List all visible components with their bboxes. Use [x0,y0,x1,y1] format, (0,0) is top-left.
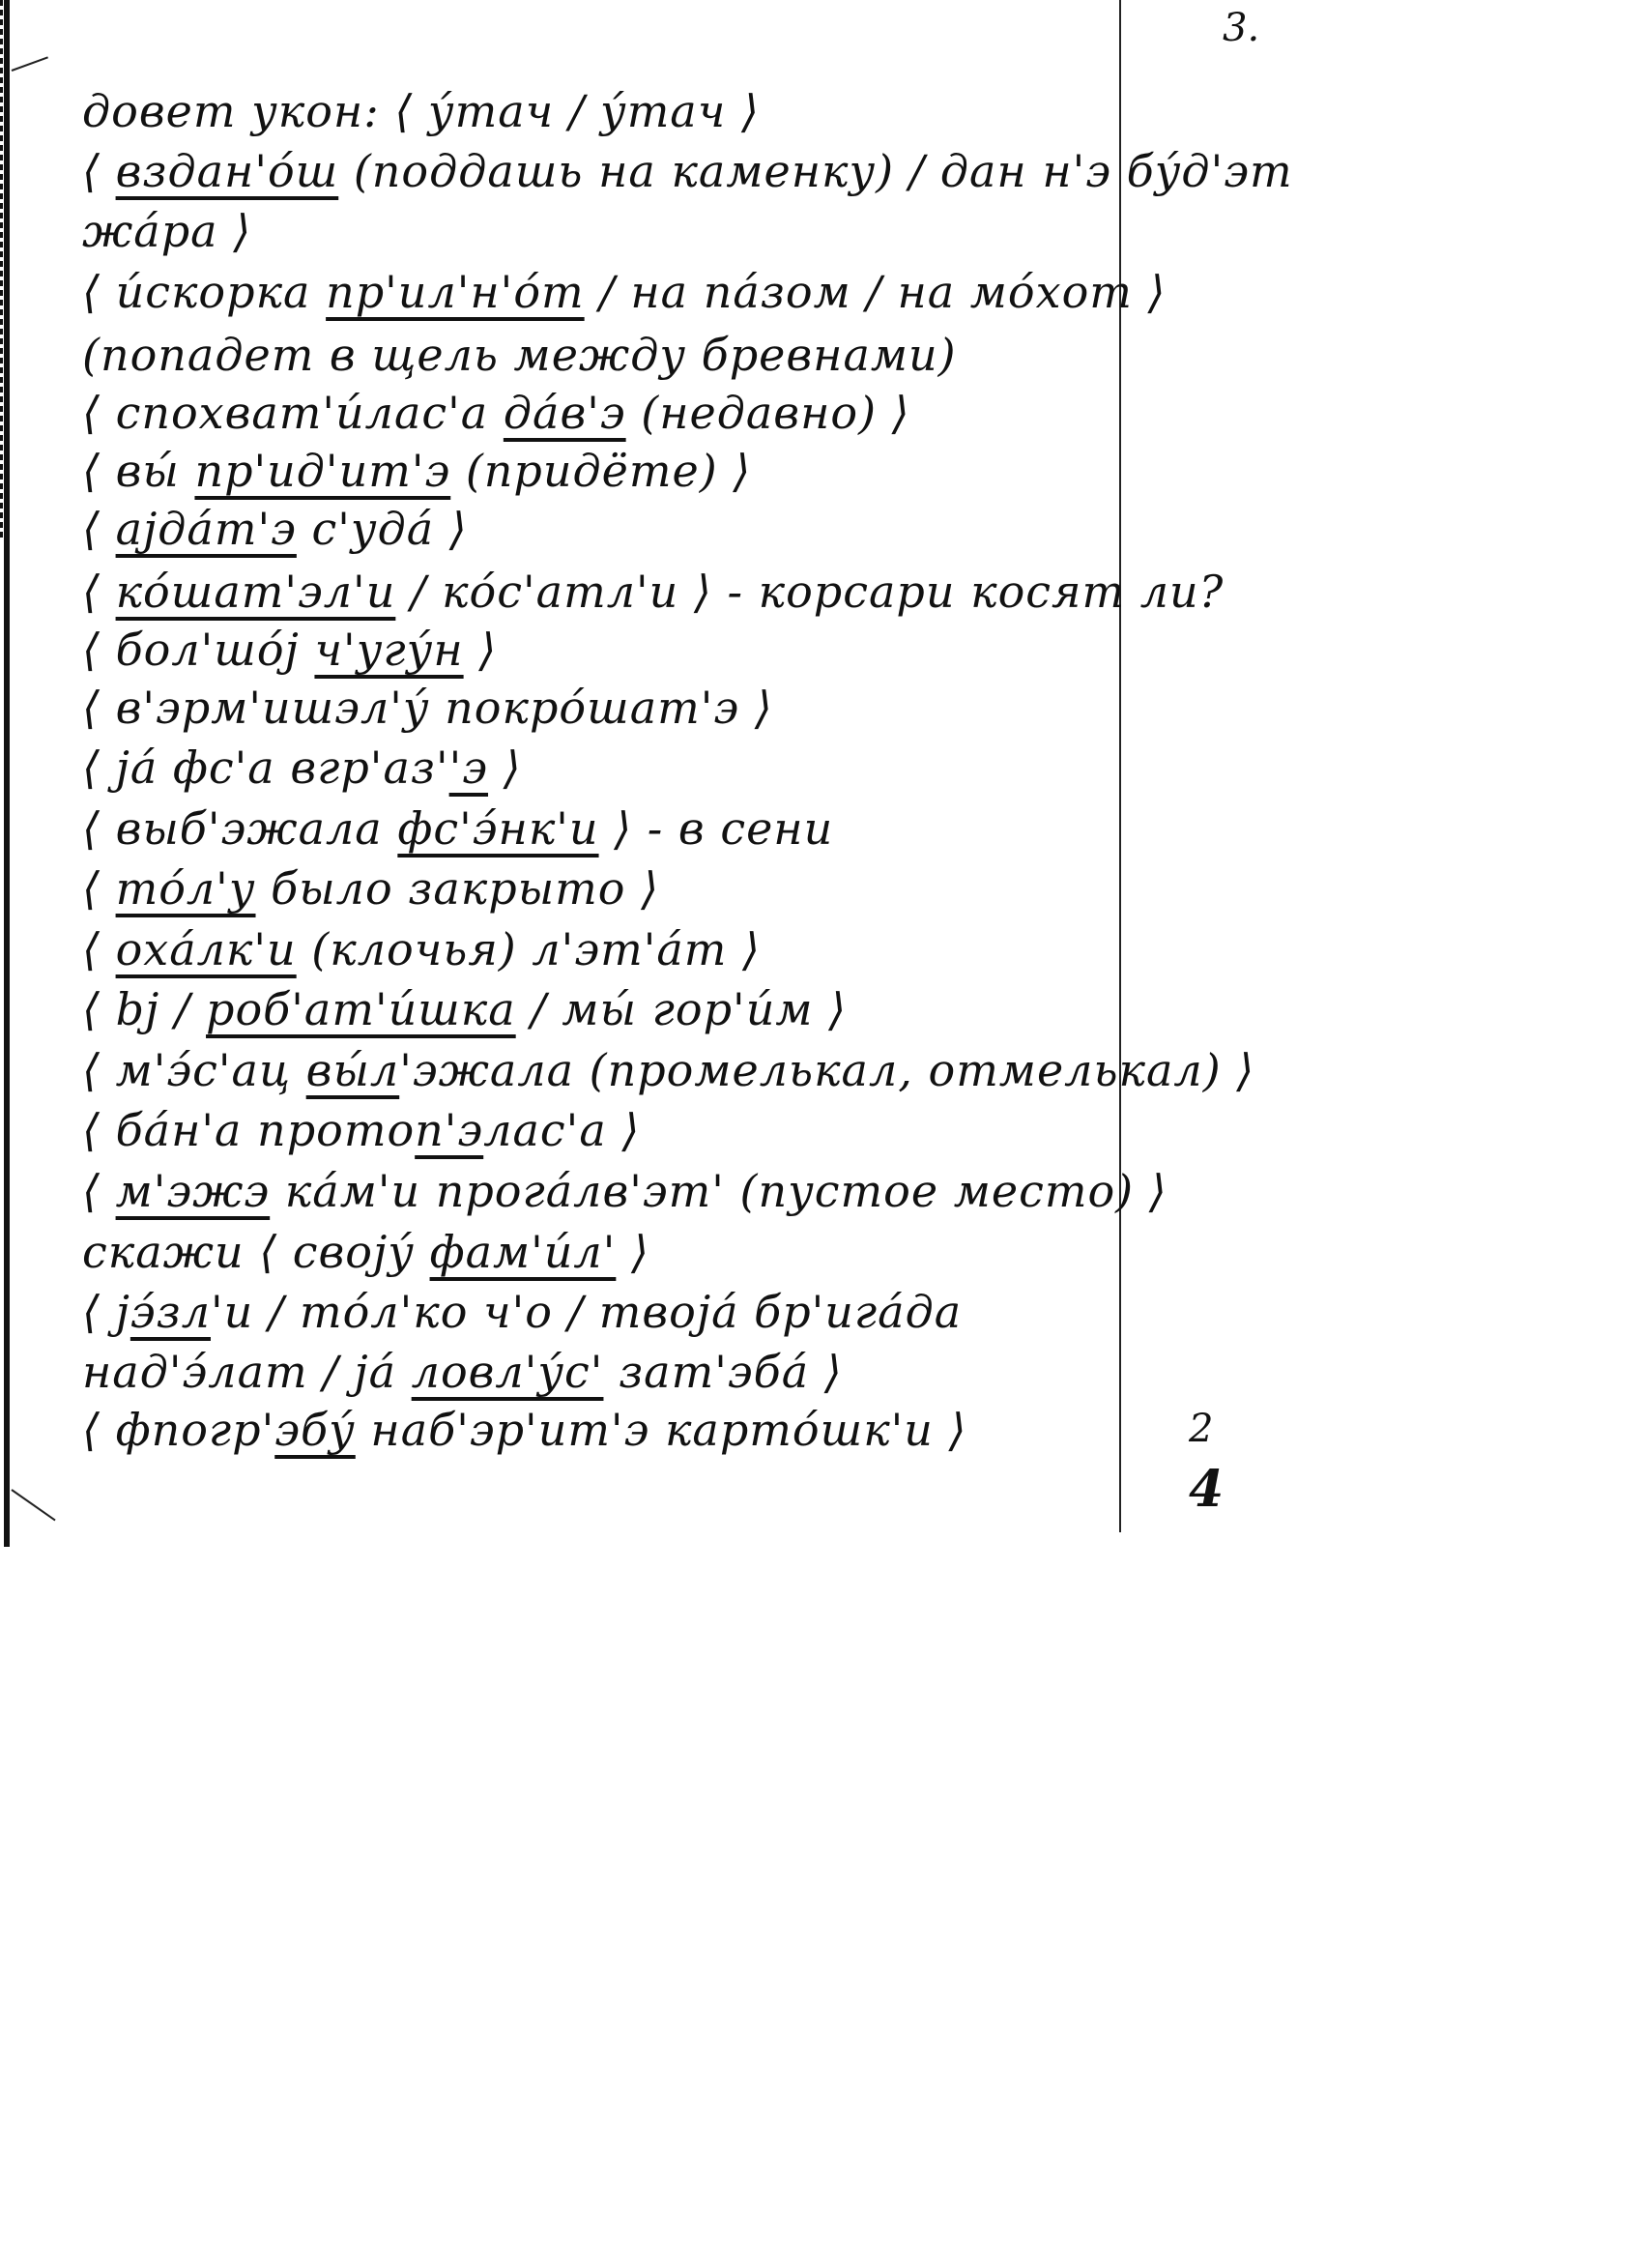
line-text: наб'эр'ит'э карто́шк'и ⟩ [356,1404,967,1456]
text-line: ⟨ и́скорка пр'ил'н'о́т / на па́зом / на … [82,266,1166,318]
scan-border [4,0,10,1547]
text-line: ⟨ вы́ пр'ид'ит'э (придёте) ⟩ [82,445,751,497]
page-number: 3. [1223,6,1259,50]
line-text: ⟨ фпогр' [82,1404,274,1456]
line-text: 'и / то́л'ко ч'о / твоjа́ бр'ига́да [211,1286,962,1338]
scan-border-noise [0,0,3,541]
line-text: ⟨ [82,923,116,975]
underlined-word: вы́л [306,1044,400,1096]
text-line: жа́ра ⟩ [82,205,251,257]
text-line: ⟨ выб'эжала фс'э́нк'и ⟩ - в сени [82,802,833,855]
line-text: ⟨ [82,566,116,618]
underlined-word: фс'э́нк'и [397,802,598,855]
underlined-word: да́в'э [504,387,626,439]
text-line: ⟨ в'эрм'ишэл'у́ покро́шат'э ⟩ [82,682,773,734]
underlined-word: ч'угу́н [314,624,463,676]
underlined-word: оха́лк'и [116,923,297,975]
line-text: (придёте) ⟩ [450,445,751,497]
line-text: (поддашь на каменку) / дан н'э бу́д'эт [338,145,1292,197]
stray-mark [12,56,48,72]
text-line: скажи ⟨ своjу́ фам'и́л' ⟩ [82,1226,649,1278]
line-text: ⟨ [82,503,116,555]
underlined-word: п'э [415,1104,483,1156]
line-text: зат'эба́ ⟩ [603,1346,842,1398]
margin-note: 4 [1189,1460,1224,1519]
text-line: ⟨ вздан'о́ш (поддашь на каменку) / дан н… [82,145,1293,197]
underlined-word: ajда́т'э [116,503,297,555]
line-text: ⟨ [82,1165,116,1217]
underlined-word: то́л'у [116,862,256,915]
line-text: 'эжала (промелькал, отмелькал) ⟩ [399,1044,1254,1096]
line-text: ⟩ [488,741,522,794]
line-text: ⟨ спохват'и́лас'а [82,387,504,439]
line-text: ⟨ в'эрм'ишэл'у́ покро́шат'э ⟩ [82,682,773,734]
text-line: ⟨ спохват'и́лас'а да́в'э (недавно) ⟩ [82,387,910,439]
line-text: жа́ра ⟩ [82,205,251,257]
text-line: ⟨ м'эжэ ка́м'и прога́лв'эт' (пустое мест… [82,1165,1167,1217]
underlined-word: фам'и́л' [430,1226,617,1278]
line-text: было закрыто ⟩ [256,862,660,915]
line-text: ⟩ [464,624,498,676]
underlined-word: э́зл [130,1286,211,1338]
underlined-word: роб'ат'и́шка [206,983,516,1035]
line-text: ⟨ j [82,1286,130,1338]
margin-rule [1119,0,1121,1532]
line-text: ⟨ вы́ [82,445,194,497]
margin-note: 2 [1189,1407,1213,1451]
line-text: лас'а ⟩ [483,1104,640,1156]
text-line: ⟨ ко́шат'эл'и / ко́с'атл'и ⟩ - корсари к… [82,566,1224,618]
line-text: (попадет в щель между бревнами) [82,329,957,381]
text-line: ⟨ ба́н'а протоп'элас'а ⟩ [82,1104,640,1156]
line-text: скажи ⟨ своjу́ [82,1226,430,1278]
line-text: / мы́ гор'и́м ⟩ [516,983,847,1035]
line-text: / ко́с'атл'и ⟩ - корсари косят ли? [395,566,1224,618]
text-line: над'э́лат / jа́ ловл'у́с' зат'эба́ ⟩ [82,1346,843,1398]
line-text: / на па́зом / на мо́хот ⟩ [585,266,1167,318]
line-text: ⟨ jа́ фс'а вгр'аз' [82,741,449,794]
scanned-page: 3. довет укон: ⟨ у́тач / у́тач ⟩⟨ вздан'… [0,0,1643,2268]
line-text: с'уда́ ⟩ [297,503,468,555]
text-line: ⟨ оха́лк'и (клочья) л'эт'а́т ⟩ [82,923,761,975]
text-line: ⟨ jэ́зл'и / то́л'ко ч'о / твоjа́ бр'ига́… [82,1286,962,1338]
line-text: ⟩ - в сени [599,802,834,855]
underlined-word: пр'ил'н'о́т [326,266,585,318]
stray-mark [11,1489,55,1521]
underlined-word: вздан'о́ш [116,145,339,197]
text-line: ⟨ фпогр'эбу́ наб'эр'ит'э карто́шк'и ⟩ [82,1404,967,1456]
underlined-word: пр'ид'ит'э [194,445,450,497]
text-line: ⟨ jа́ фс'а вгр'аз''э ⟩ [82,741,522,794]
text-line: ⟨ бол'шо́j ч'угу́н ⟩ [82,624,497,676]
line-text: ⟨ bj / [82,983,206,1035]
line-text: ⟨ бол'шо́j [82,624,314,676]
text-line: ⟨ то́л'у было закрыто ⟩ [82,862,659,915]
line-text: ⟨ [82,862,116,915]
text-line: ⟨ м'э́с'ац вы́л'эжала (промелькал, отмел… [82,1044,1254,1096]
text-line: довет укон: ⟨ у́тач / у́тач ⟩ [82,85,760,137]
underlined-word: ко́шат'эл'и [116,566,396,618]
underlined-word: м'эжэ [116,1165,271,1217]
text-line: ⟨ ajда́т'э с'уда́ ⟩ [82,503,468,555]
underlined-word: 'э [449,741,488,794]
line-text: ⟨ [82,145,116,197]
line-text: ⟨ м'э́с'ац [82,1044,306,1096]
line-text: довет укон: ⟨ у́тач / у́тач ⟩ [82,85,760,137]
line-text: ка́м'и прога́лв'эт' (пустое место) ⟩ [270,1165,1167,1217]
line-text: над'э́лат / jа́ [82,1346,412,1398]
line-text: (клочья) л'эт'а́т ⟩ [297,923,761,975]
line-text: ⟨ выб'эжала [82,802,397,855]
line-text: ⟨ ба́н'а прото [82,1104,415,1156]
text-line: ⟨ bj / роб'ат'и́шка / мы́ гор'и́м ⟩ [82,983,847,1035]
line-text: (недавно) ⟩ [626,387,910,439]
text-line: (попадет в щель между бревнами) [82,329,957,381]
underlined-word: эбу́ [274,1404,356,1456]
underlined-word: ловл'у́с' [412,1346,604,1398]
line-text: ⟨ и́скорка [82,266,326,318]
line-text: ⟩ [616,1226,649,1278]
